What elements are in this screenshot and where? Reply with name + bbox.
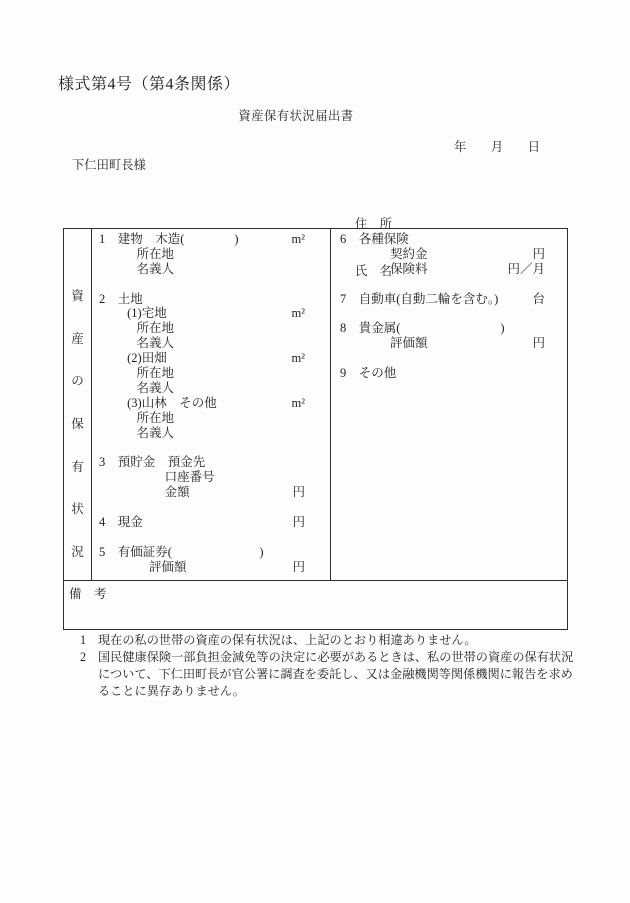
asset-items-left-column: 1 建物 木造( ) m² 所在地 名義人: [92, 229, 331, 580]
item-text: 名義人: [99, 262, 174, 277]
item-unit: m²: [292, 232, 305, 247]
note-number: [80, 666, 98, 683]
item-text: 名義人: [99, 426, 174, 441]
asset-item-row: 金額 円: [92, 485, 330, 500]
item-text: 6 各種保険: [340, 232, 409, 247]
item-text: 3 預貯金 預金先: [99, 455, 205, 470]
asset-item-row: [92, 277, 330, 292]
item-text: 評価額: [340, 336, 428, 351]
item-unit: 円: [532, 336, 545, 351]
asset-item-row: 所在地: [92, 411, 330, 426]
item-unit: m²: [292, 351, 305, 366]
asset-item-row: 名義人: [92, 336, 330, 351]
item-text: 名義人: [99, 336, 174, 351]
asset-item-row: 所在地: [92, 247, 330, 262]
item-unit: 台: [532, 292, 545, 307]
asset-item-row: 名義人: [92, 262, 330, 277]
document-page: 様式第4号（第4条関係） 資産保有状況届出書 年 月 日 下仁田町長様 住 所 …: [0, 0, 630, 903]
item-text: 所在地: [99, 321, 174, 336]
item-text: 所在地: [99, 411, 174, 426]
item-text: 保険料: [340, 262, 428, 277]
item-text: 契約金: [340, 247, 428, 262]
item-text: 9 その他: [340, 366, 396, 381]
asset-items-right-column: 6 各種保険 契約金 円 保険料 円／月: [331, 229, 567, 580]
asset-item-row: 8 貴金属( ): [331, 321, 567, 336]
asset-item-row: 3 預貯金 預金先: [92, 455, 330, 470]
item-text: 5 有価証券( ): [99, 545, 264, 560]
asset-item-row: 6 各種保険: [331, 232, 567, 247]
vertical-header-char: 産: [71, 329, 84, 347]
item-unit: 円: [532, 247, 545, 262]
asset-item-row: 口座番号: [92, 470, 330, 485]
item-text: 2 土地: [99, 292, 143, 307]
item-text: 所在地: [99, 247, 174, 262]
note-number: 2: [80, 649, 98, 666]
asset-item-row: 名義人: [92, 426, 330, 441]
asset-item-row: 名義人: [92, 381, 330, 396]
asset-item-row: 保険料 円／月: [331, 262, 567, 277]
asset-item-row: 9 その他: [331, 366, 567, 381]
vertical-header-char: 保: [71, 414, 84, 432]
asset-item-row: (1)宅地 m²: [92, 306, 330, 321]
item-unit: 円: [292, 515, 305, 530]
asset-item-row: [331, 277, 567, 292]
vertical-header-char: 有: [71, 457, 84, 475]
item-unit: 円: [292, 560, 305, 575]
asset-item-row: 評価額 円: [331, 336, 567, 351]
document-title: 資産保有状況届出書: [0, 106, 592, 124]
item-text: 評価額: [99, 560, 187, 575]
item-unit: m²: [292, 396, 305, 411]
asset-item-row: [92, 440, 330, 455]
item-text: 1 建物 木造( ): [99, 232, 239, 247]
note-text: について、下仁田町長が官公署に調査を委託し、又は金融機関等関係機関に報告を求め: [98, 666, 573, 683]
form-number: 様式第4号（第4条関係）: [58, 71, 240, 94]
asset-item-row: 5 有価証券( ): [92, 545, 330, 560]
asset-item-row: 所在地: [92, 321, 330, 336]
asset-item-row: 評価額 円: [92, 560, 330, 575]
table-row-header: 資 産 の 保 有 状 況: [64, 229, 92, 580]
item-text: (2)田畑: [99, 351, 167, 366]
asset-item-row: [92, 500, 330, 515]
footer-note-line: 1 現在の私の世帯の資産の保有状況は、上記のとおり相違ありません。: [80, 632, 580, 649]
remarks-cell: 備 考: [64, 581, 567, 629]
item-unit: m²: [292, 306, 305, 321]
item-text: 金額: [99, 485, 190, 500]
asset-item-row: [331, 351, 567, 366]
item-unit: 円: [292, 485, 305, 500]
vertical-header-char: 状: [71, 499, 84, 517]
item-text: 名義人: [99, 381, 174, 396]
footer-note-line: について、下仁田町長が官公署に調査を委託し、又は金融機関等関係機関に報告を求め: [80, 666, 580, 683]
item-text: 所在地: [99, 366, 174, 381]
note-text: ることに異存ありません。: [98, 683, 245, 700]
asset-item-row: (3)山林 その他 m²: [92, 396, 330, 411]
asset-table: 資 産 の 保 有 状 況 1 建物 木造( ): [63, 228, 568, 630]
item-text: (1)宅地: [99, 306, 167, 321]
item-unit: 円／月: [507, 262, 545, 277]
item-text: 8 貴金属( ): [340, 321, 505, 336]
note-text: 国民健康保険一部負担金減免等の決定に必要があるときは、私の世帯の資産の保有状況: [98, 649, 573, 666]
asset-item-row: (2)田畑 m²: [92, 351, 330, 366]
asset-table-body: 資 産 の 保 有 状 況 1 建物 木造( ): [64, 229, 567, 581]
asset-item-row: [92, 530, 330, 545]
asset-item-row: 2 土地: [92, 292, 330, 307]
footer-note-line: 2 国民健康保険一部負担金減免等の決定に必要があるときは、私の世帯の資産の保有状…: [80, 649, 580, 666]
note-number: 1: [80, 632, 98, 649]
vertical-header-char: 資: [71, 286, 84, 304]
remarks-label: 備 考: [69, 587, 107, 601]
footer-note-line: ることに異存ありません。: [80, 683, 580, 700]
asset-item-row: [331, 306, 567, 321]
asset-item-row: 契約金 円: [331, 247, 567, 262]
asset-item-row: 1 建物 木造( ) m²: [92, 232, 330, 247]
note-number: [80, 683, 98, 700]
asset-item-row: 4 現金 円: [92, 515, 330, 530]
vertical-header-char: の: [71, 371, 84, 389]
item-text: 4 現金: [99, 515, 143, 530]
item-text: 口座番号: [99, 470, 215, 485]
note-text: 現在の私の世帯の資産の保有状況は、上記のとおり相違ありません。: [98, 632, 477, 649]
footer-notes: 1 現在の私の世帯の資産の保有状況は、上記のとおり相違ありません。 2 国民健康…: [80, 632, 580, 700]
asset-item-row: 7 自動車(自動二輪を含む。) 台: [331, 292, 567, 307]
item-text: (3)山林 その他: [99, 396, 217, 411]
addressee: 下仁田町長様: [72, 155, 146, 173]
date-line: 年 月 日: [454, 137, 540, 155]
vertical-header-char: 況: [71, 542, 84, 560]
asset-item-row: 所在地: [92, 366, 330, 381]
item-text: 7 自動車(自動二輪を含む。): [340, 292, 498, 307]
